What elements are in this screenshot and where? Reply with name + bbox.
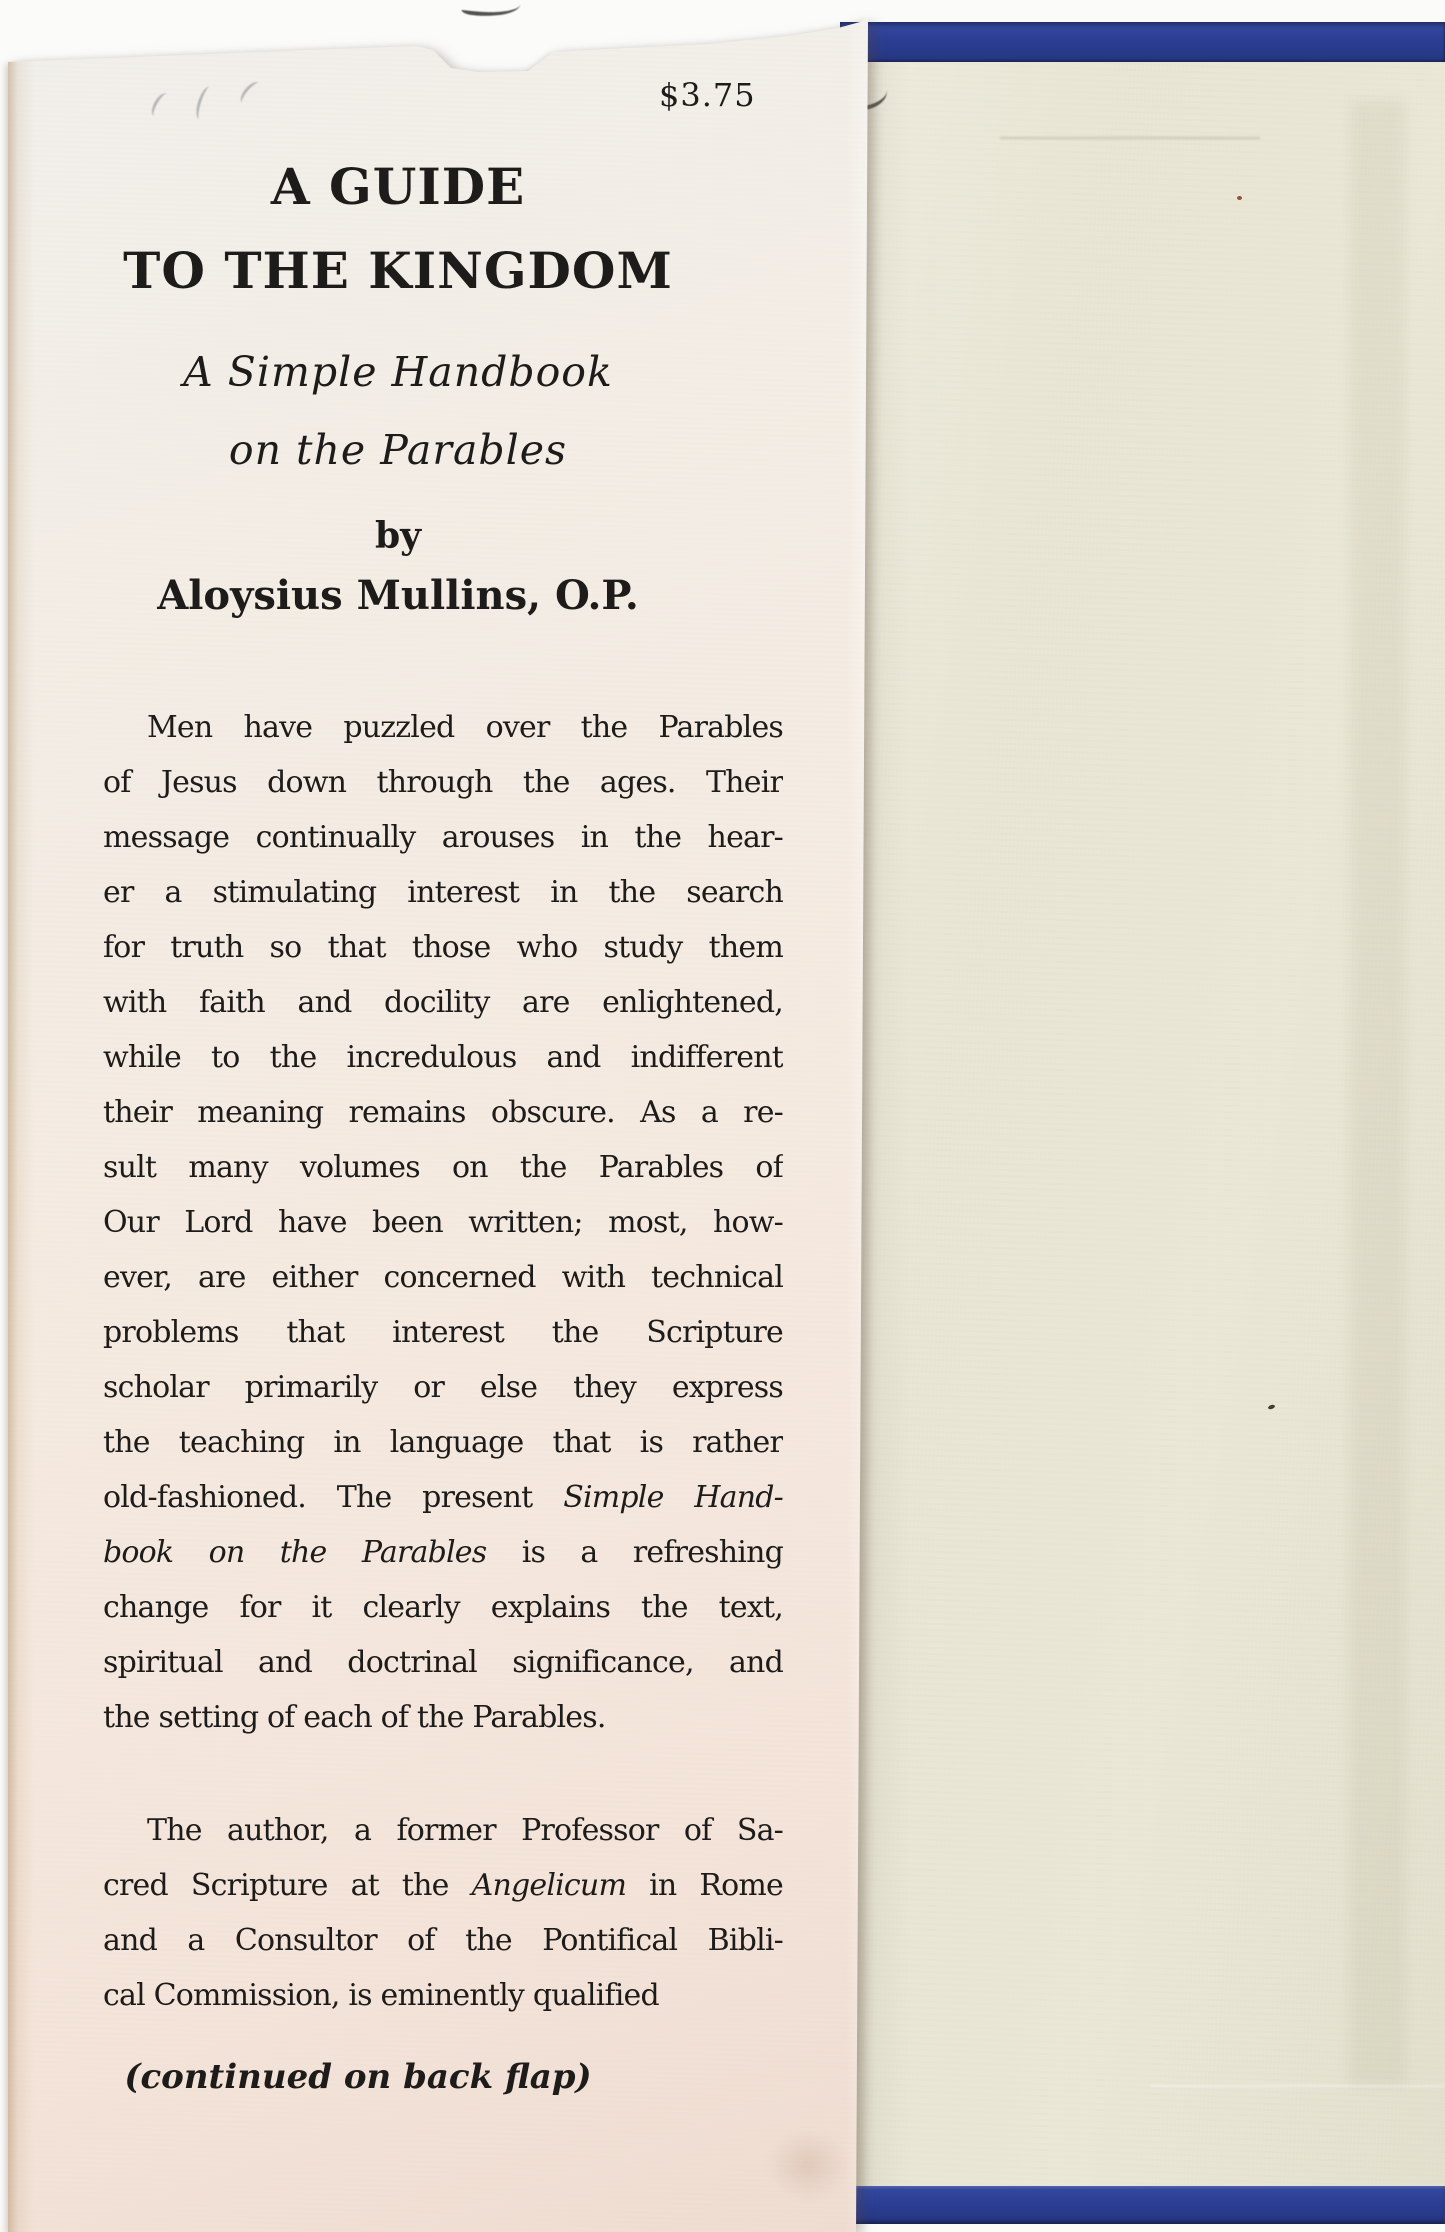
paragraph-1: Men have puzzled over the Parables of Je… <box>103 700 783 1745</box>
continued-on-back-flap-note: (continued on back flap) <box>68 2060 648 2094</box>
body-line: Our Lord have been written; most, how- <box>103 1195 783 1250</box>
body-line: The author, a former Professor of Sa- <box>103 1803 783 1858</box>
italic-book-title-segment: book on the Parables <box>103 1535 486 1570</box>
body-line: ever, are either concerned with technica… <box>103 1250 783 1305</box>
italic-book-title-segment: Simple Hand- <box>563 1480 783 1515</box>
italic-term-angelicum: Angelicum <box>472 1868 627 1903</box>
body-line: while to the incredulous and indifferent <box>103 1030 783 1085</box>
book-subtitle-line-1: A Simple Handbook <box>8 352 788 393</box>
body-line: book on the Parables is a refreshing <box>103 1525 783 1580</box>
body-line-segment: in Rome <box>626 1868 783 1903</box>
paper-smudge <box>768 2130 848 2200</box>
body-line: er a stimulating interest in the search <box>103 865 783 920</box>
byline-by: by <box>8 518 788 554</box>
body-line: with faith and docility are enlightened, <box>103 975 783 1030</box>
body-line: problems that interest the Scripture <box>103 1305 783 1360</box>
body-line: for truth so that those who study them <box>103 920 783 975</box>
author-name: Aloysius Mullins, O.P. <box>8 576 788 616</box>
pencil-scribble <box>148 90 172 119</box>
book-title-line-2: TO THE KINGDOM <box>8 246 788 296</box>
pencil-scribble <box>237 79 264 107</box>
body-line-segment: cred Scripture at the <box>103 1868 472 1903</box>
body-line: of Jesus down through the ages. Their <box>103 755 783 810</box>
body-line: scholar primarily or else they express <box>103 1360 783 1415</box>
jacket-flap: $3.75 A GUIDE TO THE KINGDOM A Simple Ha… <box>8 0 870 2232</box>
body-line: their meaning remains obscure. As a re- <box>103 1085 783 1140</box>
pencil-scribble <box>193 85 216 121</box>
price-label: $3.75 <box>659 76 756 114</box>
paragraph-2: The author, a former Professor of Sa- cr… <box>103 1803 783 2023</box>
body-line-segment: old-fashioned. The present <box>103 1480 563 1515</box>
body-line: old-fashioned. The present Simple Hand- <box>103 1470 783 1525</box>
body-line: Men have puzzled over the Parables <box>103 700 783 755</box>
body-line: spiritual and doctrinal significance, an… <box>103 1635 783 1690</box>
body-line: cal Commission, is eminently qualified <box>103 1968 783 2023</box>
body-line: cred Scripture at the Angelicum in Rome <box>103 1858 783 1913</box>
book-subtitle-line-2: on the Parables <box>8 430 788 471</box>
flap-body-text: Men have puzzled over the Parables of Je… <box>103 700 783 2023</box>
body-line: the setting of each of the Parables. <box>103 1690 783 1745</box>
body-line: the teaching in language that is rather <box>103 1415 783 1470</box>
body-line: message continually arouses in the hear- <box>103 810 783 865</box>
body-line: sult many volumes on the Parables of <box>103 1140 783 1195</box>
book-title-line-1: A GUIDE <box>8 162 788 212</box>
pencil-scribbles <box>150 78 270 138</box>
body-line: change for it clearly explains the text, <box>103 1580 783 1635</box>
body-line-segment: is a refreshing <box>486 1535 783 1570</box>
jacket-flap-shadow-wrap: $3.75 A GUIDE TO THE KINGDOM A Simple Ha… <box>0 0 1445 2232</box>
body-line: and a Consultor of the Pontifical Bibli- <box>103 1913 783 1968</box>
photo-background: $3.75 A GUIDE TO THE KINGDOM A Simple Ha… <box>0 0 1445 2232</box>
